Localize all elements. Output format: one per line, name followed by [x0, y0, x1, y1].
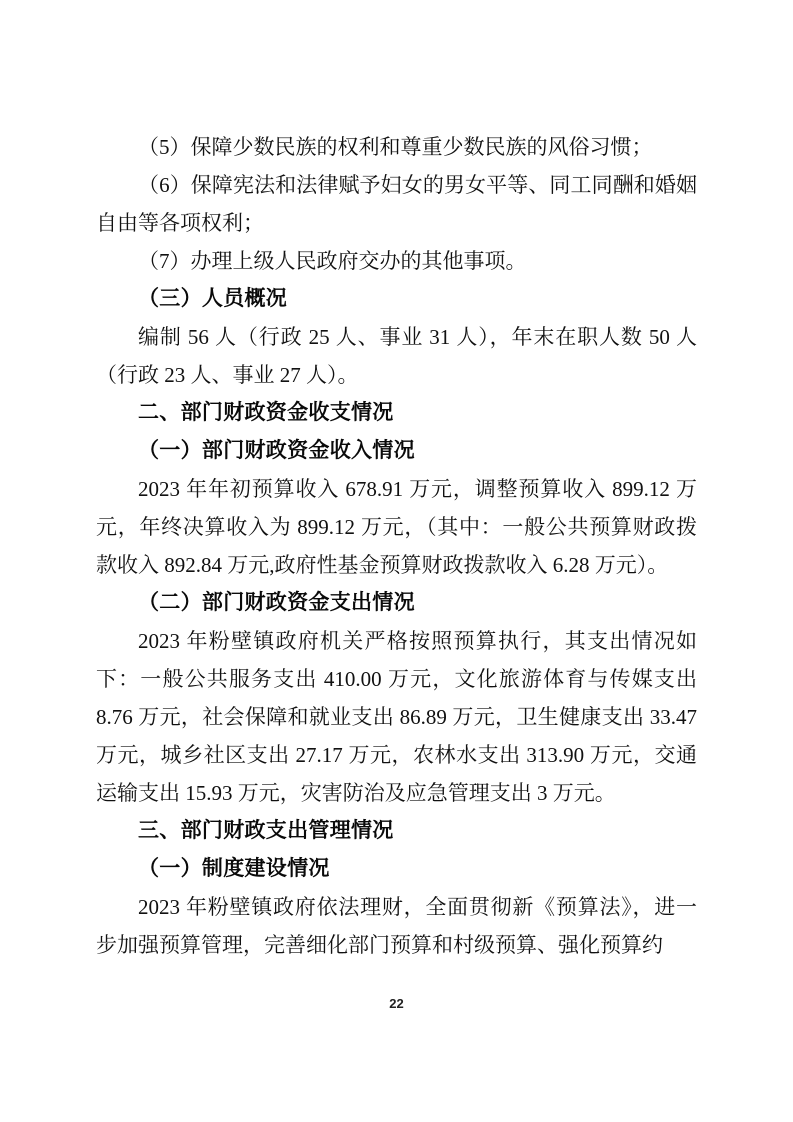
heading-personnel-overview: （三）人员概况	[96, 280, 697, 318]
heading-system-construction: （一）制度建设情况	[96, 850, 697, 888]
paragraph-expenditure-details: 2023 年粉壁镇政府机关严格按照预算执行，其支出情况如下：一般公共服务支出 4…	[96, 622, 697, 812]
document-page: （5）保障少数民族的权利和尊重少数民族的风俗习惯； （6）保障宪法和法律赋予妇女…	[0, 0, 793, 1122]
heading-expenditure-situation: （二）部门财政资金支出情况	[96, 584, 697, 622]
heading-section-2-fiscal-funds: 二、部门财政资金收支情况	[96, 394, 697, 432]
paragraph-other-matters: （7）办理上级人民政府交办的其他事项。	[96, 242, 697, 280]
page-number: 22	[0, 996, 793, 1011]
heading-section-3-management: 三、部门财政支出管理情况	[96, 812, 697, 850]
paragraph-income-details: 2023 年年初预算收入 678.91 万元，调整预算收入 899.12 万元，…	[96, 470, 697, 584]
paragraph-staffing-numbers: 编制 56 人（行政 25 人、事业 31 人），年末在职人数 50 人（行政 …	[96, 318, 697, 394]
paragraph-budget-law: 2023 年粉壁镇政府依法理财，全面贯彻新《预算法》，进一步加强预算管理，完善细…	[96, 888, 697, 964]
paragraph-women-rights: （6）保障宪法和法律赋予妇女的男女平等、同工同酬和婚姻自由等各项权利；	[96, 166, 697, 242]
paragraph-minority-rights: （5）保障少数民族的权利和尊重少数民族的风俗习惯；	[96, 128, 697, 166]
heading-income-situation: （一）部门财政资金收入情况	[96, 432, 697, 470]
document-body: （5）保障少数民族的权利和尊重少数民族的风俗习惯； （6）保障宪法和法律赋予妇女…	[96, 128, 697, 964]
